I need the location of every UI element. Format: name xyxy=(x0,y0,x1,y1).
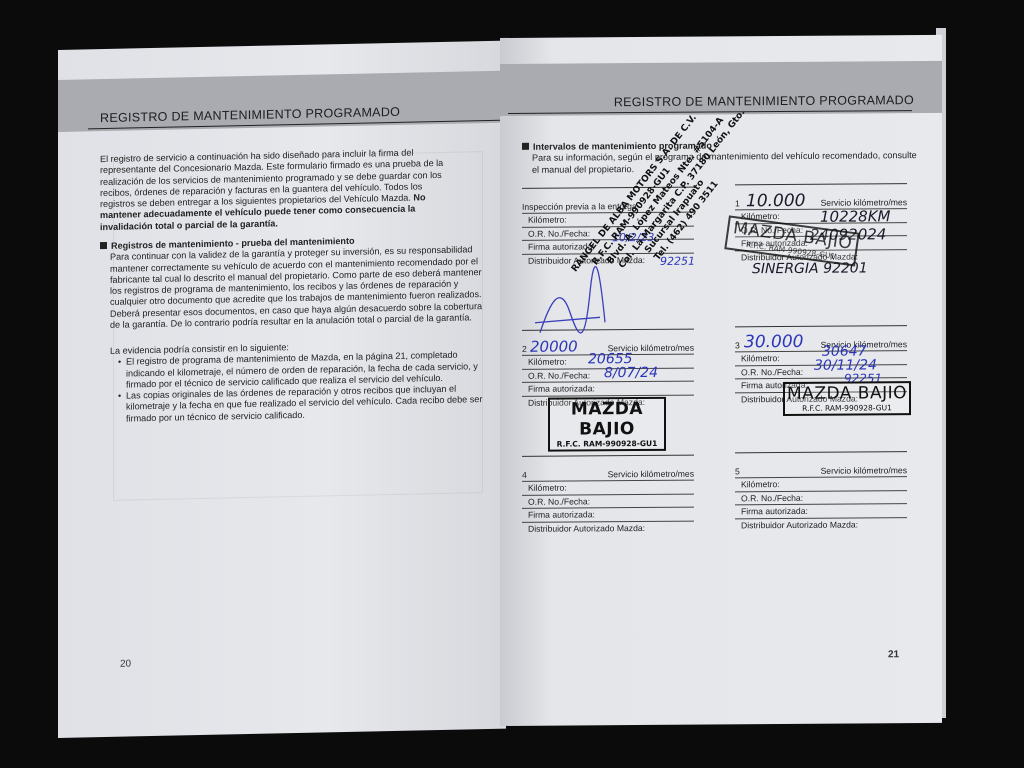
page-number: 21 xyxy=(888,649,899,660)
signature-field[interactable]: Firma autorizada: xyxy=(522,508,694,523)
header-band: REGISTRO DE MANTENIMIENTO PROGRAMADO xyxy=(58,71,506,132)
square-bullet-icon xyxy=(100,242,107,249)
dealer-stamp: MAZDA BAJIO R.F.C. RAM-990928-GU1 xyxy=(783,381,911,416)
dealer-field[interactable]: Distribuidor Autorizado Mazda: xyxy=(522,521,694,535)
km-field[interactable]: Kilómetro: xyxy=(522,481,694,496)
form-heading: 5Servicio kilómetro/mes xyxy=(735,464,907,478)
intro-paragraph: El registro de servicio a continuación h… xyxy=(100,147,455,234)
maintenance-records-section: Registros de mantenimiento - prueba del … xyxy=(100,233,485,331)
intro-text: El registro de servicio a continuación h… xyxy=(100,148,443,210)
or-date-field[interactable]: O.R. No./Fecha: xyxy=(522,494,694,509)
form-rule xyxy=(735,451,907,453)
service-form-5: 5Servicio kilómetro/mes Kilómetro: O.R. … xyxy=(735,451,907,531)
km-field[interactable]: Kilómetro: xyxy=(735,477,907,492)
form-rule xyxy=(735,325,907,327)
form-rule xyxy=(735,183,907,185)
page-number: 20 xyxy=(120,658,131,669)
page-title: REGISTRO DE MANTENIMIENTO PROGRAMADO xyxy=(614,93,914,109)
signature-field[interactable]: Firma autorizada: xyxy=(735,504,907,519)
signature-field[interactable]: Firma autorizada: xyxy=(522,382,694,397)
dealer-field[interactable]: Distribuidor Autorizado Mazda: xyxy=(735,518,907,532)
handwritten-interval: 10.000 xyxy=(746,191,805,211)
square-bullet-icon xyxy=(522,143,529,150)
handwritten-km: 10228KM xyxy=(820,207,891,225)
handwritten-interval: 30.000 xyxy=(744,332,803,352)
dealer-stamp: MAZDA BAJIO R.F.C. RAM-990928-GU1 xyxy=(548,397,666,452)
form-heading: 4Servicio kilómetro/mes xyxy=(522,468,694,482)
evidence-list: El registro de programa de mantenimiento… xyxy=(110,349,495,425)
service-form-4: 4Servicio kilómetro/mes Kilómetro: O.R. … xyxy=(522,455,694,535)
or-date-field[interactable]: O.R. No./Fecha: xyxy=(735,491,907,506)
handwritten-or-date: 8/07/24 xyxy=(604,365,658,381)
section-body: Para continuar con la validez de la gara… xyxy=(100,244,485,331)
form-rule xyxy=(522,455,694,457)
evidence-section: La evidencia podría consistir en lo sigu… xyxy=(110,338,495,425)
left-page: REGISTRO DE MANTENIMIENTO PROGRAMADO El … xyxy=(58,41,506,738)
